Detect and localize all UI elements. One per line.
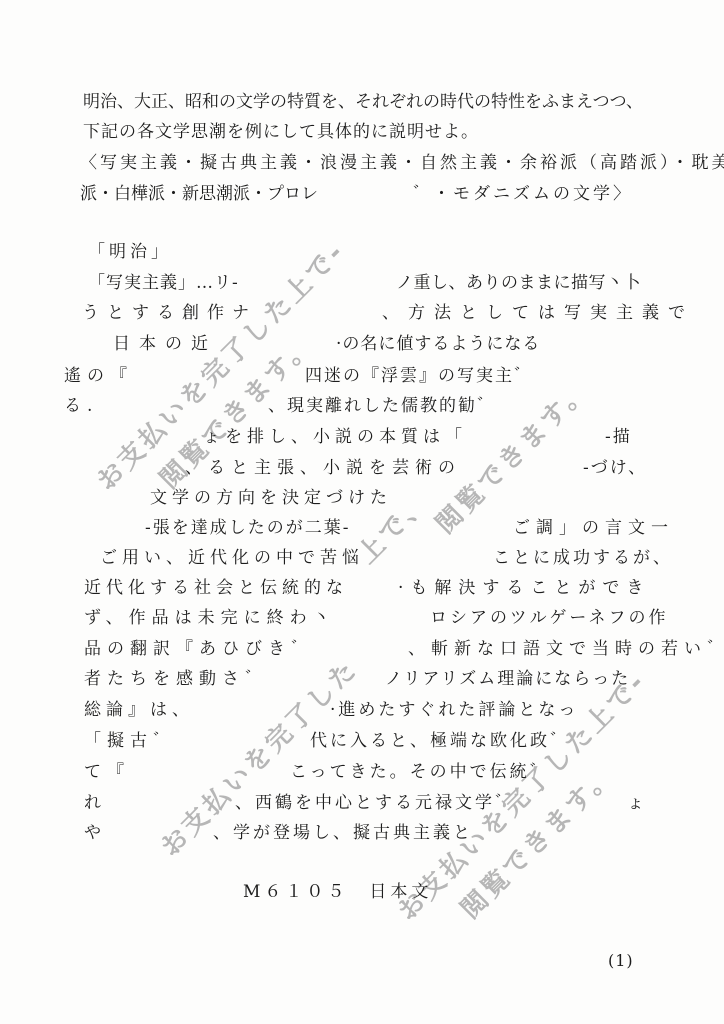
text-line-fragment: うとする創作ナ: [82, 302, 257, 324]
text-line-fragment: -づけ、: [583, 457, 647, 479]
text-line-fragment: ノ重し、ありのままに描写丶卜: [396, 272, 641, 294]
text-line-fragment: る.: [64, 395, 98, 417]
text-line-fragment: ず、作品は未完に終わ丶: [84, 607, 336, 629]
text-line-fragment: 四迷の『浮雲』の写実主゛: [305, 365, 533, 387]
text-line-fragment: 、学が登場し、擬古典主義と: [213, 822, 473, 844]
text-line-fragment: 近代化する社会と伝統的な: [84, 577, 348, 599]
text-line-fragment: 〈写実主義・擬古典主義・浪漫主義・自然主義・余裕派（高踏派）・耽美: [80, 152, 724, 174]
text-line-fragment: 明治、大正、昭和の文学の特質を、それぞれの時代の特性をふまえつつ、: [83, 91, 643, 113]
page-number: (1): [608, 951, 634, 970]
text-line-fragment: 代に入ると、極端な欧化政゛: [310, 730, 570, 752]
text-line-fragment: 「写実主義」…リ-: [88, 272, 239, 294]
text-line-fragment: ·も解決することができ: [398, 577, 650, 599]
text-line-fragment: や: [84, 822, 107, 844]
text-line-fragment: れ: [84, 792, 107, 814]
text-line-fragment: 、ると主張、小説を芸術の: [185, 457, 461, 479]
document-page: お支払いを完了した上で-閲覧できます。上で、閲覧できます。お支払いを完了したお支…: [0, 0, 724, 1024]
text-line-fragment: 「明治」: [88, 241, 172, 263]
text-line-fragment: -張を達成したのが二葉-: [145, 517, 351, 539]
text-line-fragment: ゛・モダニズムの文学〉: [413, 183, 633, 205]
text-line-fragment: こってきた。その中で伝統゛: [290, 761, 550, 783]
text-line-fragment: 、西鶴を中心とする元禄文学゛: [235, 792, 515, 814]
text-line-fragment: 遙の『: [64, 365, 133, 387]
text-line-fragment: 、現実離れした儒教的勧゛: [268, 395, 496, 417]
text-line-fragment: 文学の方向を決定づけた: [150, 487, 392, 509]
text-line-fragment: ことに成功するが、: [493, 547, 673, 569]
text-line-fragment: -描: [605, 426, 632, 448]
text-line-fragment: 下記の各文学思潮を例にして具体的に説明せよ。: [83, 121, 479, 143]
text-line-fragment: 「擬古゛: [84, 730, 176, 752]
text-line-fragment: 品の翻訳『あひびき゛: [84, 638, 314, 660]
text-line-fragment: ょ: [627, 792, 644, 814]
text-line-fragment: 総論』は、: [84, 699, 194, 721]
text-line-fragment: ご用い、近代化の中で苦悩: [100, 547, 364, 569]
text-line-fragment: 派・白樺派・新思潮派・プロレ: [80, 183, 318, 205]
text-line-fragment: ご調」の言文一: [513, 517, 674, 539]
text-line-fragment: ·進めたすぐれた評論となっ: [330, 699, 578, 721]
text-line-fragment: 、斬新な口語文で当時の若い゛: [408, 638, 724, 660]
text-line-fragment: ノリアリズム理論にならった: [385, 668, 630, 690]
text-line-fragment: ·の名に値するようになる: [336, 333, 540, 355]
text-line-fragment: 者たちを感動さ゛: [84, 668, 268, 690]
text-line-fragment: ロシアのツルゲーネフの作: [430, 607, 668, 629]
text-line-fragment: 、方法としては写実主義で: [382, 302, 694, 324]
text-line-fragment: ょを排し、小説の本質は「: [203, 426, 467, 448]
document-code: M６１０５ 日本文: [243, 877, 432, 902]
text-line-fragment: 日本の近: [113, 333, 217, 355]
text-line-fragment: て『: [84, 761, 130, 783]
